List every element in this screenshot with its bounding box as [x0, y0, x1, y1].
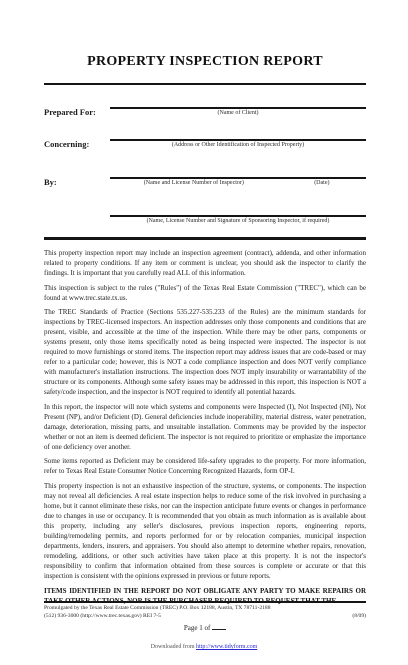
watermark-link[interactable]: http://www.tidyform.com — [196, 644, 257, 650]
page-number-label: Page 1 of — [184, 624, 210, 632]
by-caption-inspector: (Name and License Number of Inspector) — [110, 180, 278, 187]
body-text: This property inspection report may incl… — [44, 248, 366, 606]
document-page: PROPERTY INSPECTION REPORT Prepared For:… — [0, 0, 408, 665]
paragraph-1: This property inspection report may incl… — [44, 248, 366, 278]
concerning-label: Concerning: — [44, 139, 110, 149]
watermark-prefix: Downloaded from — [151, 644, 195, 650]
paragraph-4: In this report, the inspector will note … — [44, 402, 366, 452]
prepared-for-label: Prepared For: — [44, 107, 110, 117]
paragraph-5: Some items reported as Deficient may be … — [44, 456, 366, 476]
page-number-blank[interactable] — [212, 623, 226, 630]
page-title: PROPERTY INSPECTION REPORT — [44, 54, 366, 70]
footer-version: (8/09) — [352, 613, 366, 621]
footer-contact-line: (512) 936-3000 (http://www.trec.texas.go… — [44, 613, 161, 621]
prepared-for-input-line[interactable] — [110, 96, 366, 109]
by-input-line[interactable] — [110, 166, 366, 179]
page-number: Page 1 of — [44, 623, 366, 632]
sponsor-caption: (Name, License Number and Signature of S… — [110, 218, 366, 225]
field-row-by: By: (Name and License Number of Inspecto… — [44, 166, 366, 187]
section-divider — [44, 237, 366, 240]
footer-promulgated-line: Promulgated by the Texas Real Estate Com… — [44, 605, 366, 613]
concerning-input-line[interactable] — [110, 128, 366, 141]
by-label: By: — [44, 177, 110, 187]
sponsor-input-line[interactable] — [110, 204, 366, 217]
paragraph-6: This property inspection is not an exhau… — [44, 481, 366, 581]
title-divider — [44, 83, 366, 85]
by-caption-date: (Date) — [278, 180, 366, 187]
field-row-concerning: Concerning: (Address or Other Identifica… — [44, 128, 366, 149]
download-watermark: Downloaded from http://www.tidyform.com — [0, 644, 408, 650]
page-footer: Promulgated by the Texas Real Estate Com… — [44, 601, 366, 632]
paragraph-3: The TREC Standards of Practice (Sections… — [44, 307, 366, 397]
prepared-for-caption: (Name of Client) — [110, 110, 366, 117]
paragraph-2: This inspection is subject to the rules … — [44, 283, 366, 303]
footer-divider — [44, 601, 366, 603]
concerning-caption: (Address or Other Identification of Insp… — [110, 142, 366, 149]
field-row-sponsor: (Name, License Number and Signature of S… — [44, 204, 366, 225]
field-row-prepared-for: Prepared For: (Name of Client) — [44, 96, 366, 117]
